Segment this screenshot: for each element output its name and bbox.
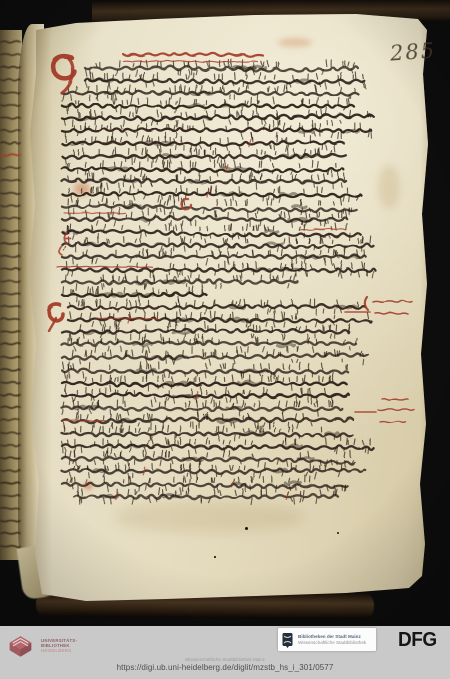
source-url: https://digi.ub.uni-heidelberg.de/diglit…: [0, 663, 450, 672]
manuscript-photograph: 285: [0, 0, 450, 626]
wormhole-speck: [214, 556, 216, 558]
wormhole-speck: [245, 527, 248, 530]
footer-bar: UNIVERSITÄTS- BIBLIOTHEK HEIDELBERG Bibl…: [0, 626, 450, 679]
book-icon: [282, 632, 293, 648]
folio-number: 285: [389, 38, 437, 65]
provenance-caption: Wissenschaftliche Stadtbibliothek Mainz: [0, 657, 450, 662]
heidelberg-logo-text: UNIVERSITÄTS- BIBLIOTHEK HEIDELBERG: [41, 634, 77, 653]
heidelberg-logo-line3: HEIDELBERG: [41, 648, 77, 653]
dfg-logo: DFG: [398, 629, 437, 652]
mainz-badge-text: Bibliotheken der Stadt Mainz Wissenschaf…: [298, 633, 366, 646]
digitized-manuscript-screenshot: 285 UNIVERSITÄTS- BIBLIOTHEK HEIDELBERG: [0, 0, 450, 679]
handwritten-text-rendering: [0, 0, 450, 626]
mainz-badge-line2: Wissenschaftliche Stadtbibliothek: [298, 640, 366, 646]
mainz-badge-line1: Bibliotheken der Stadt Mainz: [298, 633, 366, 640]
mainz-library-badge: Bibliotheken der Stadt Mainz Wissenschaf…: [278, 628, 376, 651]
